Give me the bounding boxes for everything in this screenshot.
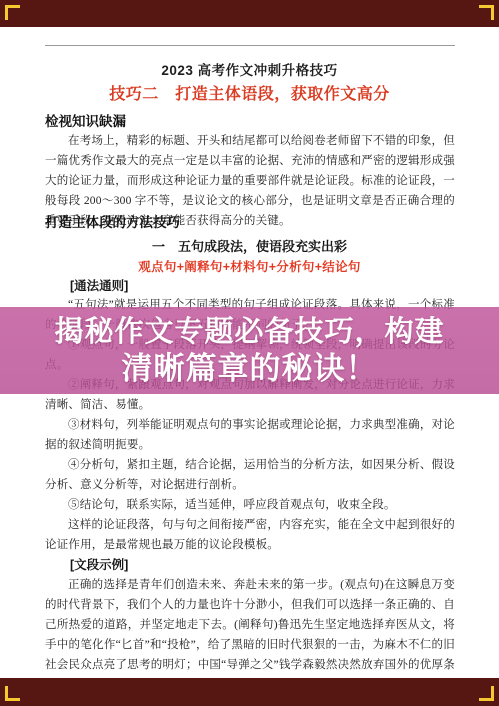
formula-line: 观点句+阐释句+材料句+分析句+结论句 — [0, 257, 499, 275]
page-title: 2023 高考作文冲刺升格技巧 — [0, 59, 499, 79]
method-paragraph: ③材料句，列举能证明观点句的事实论据或理论论据，力求典型准确，对论据的叙述简明扼… — [45, 415, 455, 455]
top-frame-bar — [0, 0, 499, 27]
example-paragraph: 正确的选择是青年们创造未来、奔赴未来的第一步。(观点句)在这瞬息万变的时代背景下… — [45, 575, 455, 695]
example-label: [文段示例] — [45, 555, 455, 575]
section-heading-review: 检视知识缺漏 — [45, 110, 455, 130]
promo-banner: 揭秘作文专题必备技巧，构建 清晰篇章的秘诀！ — [0, 307, 499, 394]
rule-label: [通法通则] — [45, 276, 455, 294]
document-page: 2023 高考作文冲刺升格技巧 技巧二 打造主体语段，获取作文高分 检视知识缺漏… — [0, 0, 499, 706]
corner-bracket-icon — [5, 5, 20, 20]
corner-bracket-icon — [479, 686, 494, 701]
method-title: 一 五句成段法，使语段充实出彩 — [0, 236, 499, 255]
page-subtitle: 技巧二 打造主体语段，获取作文高分 — [0, 81, 499, 104]
banner-line-2: 清晰篇章的秘诀！ — [122, 350, 378, 388]
bottom-frame-bar — [0, 678, 499, 706]
section-heading-method: 打造主体段的方法技巧 — [45, 211, 455, 231]
method-paragraph: ⑤结论句，联系实际，适当延伸，呼应段首观点句，收束全段。 — [45, 495, 455, 515]
method-paragraph: 这样的论证段落，句与句之间衔接严密，内容充实，能在全文中起到很好的论证作用，是最… — [45, 515, 455, 555]
corner-bracket-icon — [479, 5, 494, 20]
corner-bracket-icon — [5, 686, 20, 701]
banner-line-1: 揭秘作文专题必备技巧，构建 — [54, 314, 444, 350]
header-divider — [45, 45, 455, 46]
method-paragraph: ④分析句，紧扣主题，结合论据，运用恰当的分析方法，如因果分析、假设分析、意义分析… — [45, 455, 455, 495]
